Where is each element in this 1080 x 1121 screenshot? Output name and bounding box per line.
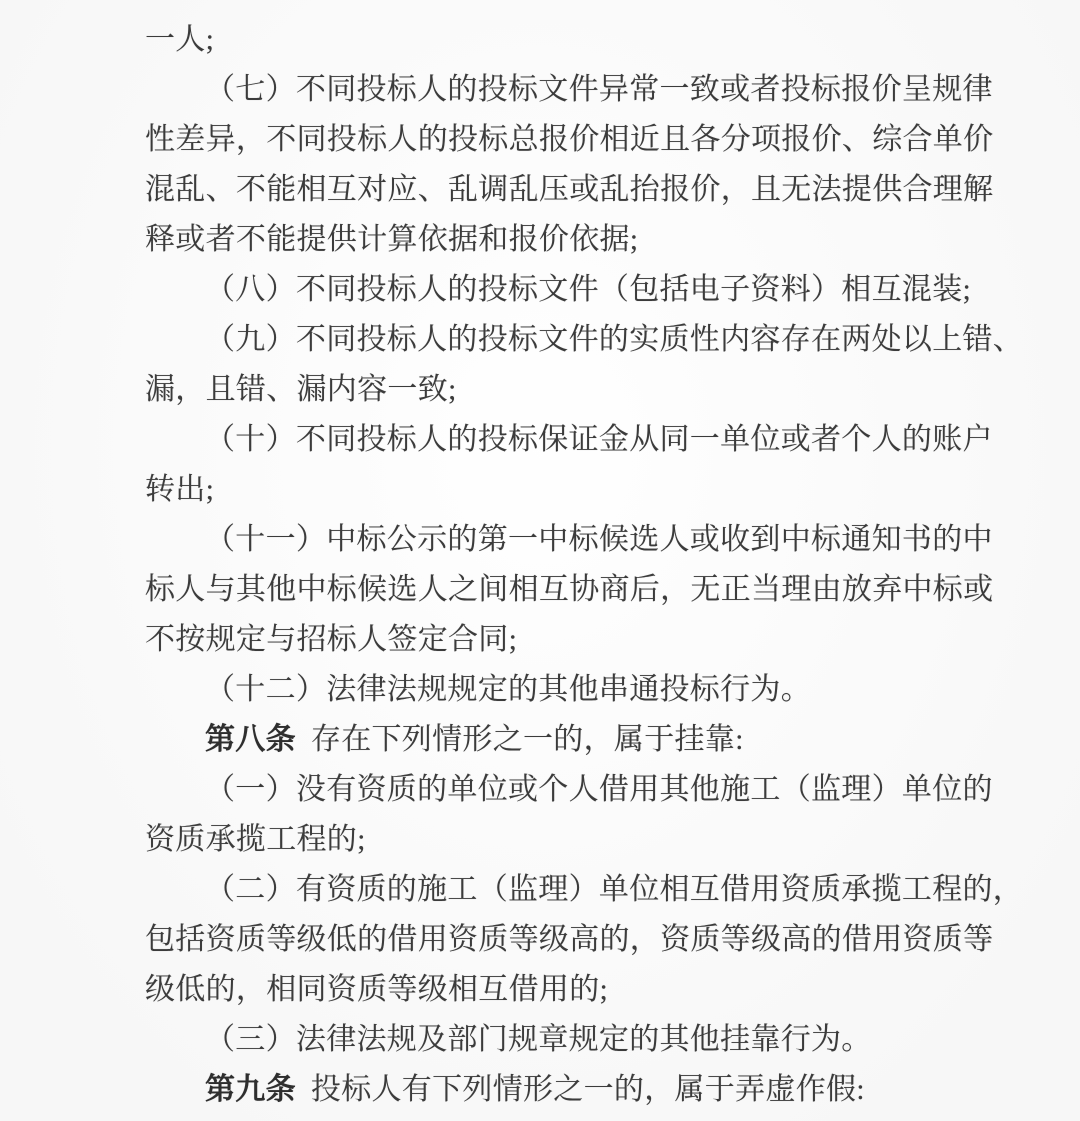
line-text: 转出; <box>145 473 214 506</box>
text-line-18: （二）有资质的施工（监理）单位相互借用资质承揽工程的， <box>145 865 980 915</box>
text-line-13: 不按规定与招标人签定合同; <box>145 615 980 665</box>
text-line-21: （三）法律法规及部门规章规定的其他挂靠行为。 <box>145 1015 980 1065</box>
text-line-9: （十）不同投标人的投标保证金从同一单位或者个人的账户 <box>145 415 980 465</box>
text-line-15: 第八条存在下列情形之一的，属于挂靠: <box>145 715 980 765</box>
line-text: （七）不同投标人的投标文件异常一致或者投标报价呈规律 <box>205 73 993 106</box>
text-line-7: （九）不同投标人的投标文件的实质性内容存在两处以上错、 <box>145 315 980 365</box>
text-line-3: 性差异，不同投标人的投标总报价相近且各分项报价、综合单价 <box>145 115 980 165</box>
article-number: 第八条 <box>205 723 296 756</box>
text-line-10: 转出; <box>145 465 980 515</box>
line-text: 投标人有下列情形之一的，属于弄虚作假: <box>311 1073 865 1106</box>
line-text: 资质承揽工程的; <box>145 823 366 856</box>
line-text: （三）法律法规及部门规章规定的其他挂靠行为。 <box>205 1023 872 1056</box>
text-line-20: 级低的，相同资质等级相互借用的; <box>145 965 980 1015</box>
text-line-22: 第九条投标人有下列情形之一的，属于弄虚作假: <box>145 1065 980 1115</box>
line-text: （一）没有资质的单位或个人借用其他施工（监理）单位的 <box>205 773 993 806</box>
text-line-17: 资质承揽工程的; <box>145 815 980 865</box>
line-text: 漏，且错、漏内容一致; <box>145 373 457 406</box>
line-text: 释或者不能提供计算依据和报价依据; <box>145 223 638 256</box>
text-line-12: 标人与其他中标候选人之间相互协商后，无正当理由放弃中标或 <box>145 565 980 615</box>
text-line-4: 混乱、不能相互对应、乱调乱压或乱抬报价，且无法提供合理解 <box>145 165 980 215</box>
text-line-5: 释或者不能提供计算依据和报价依据; <box>145 215 980 265</box>
line-text: （八）不同投标人的投标文件（包括电子资料）相互混装; <box>205 273 971 306</box>
line-text: 包括资质等级低的借用资质等级高的，资质等级高的借用资质等 <box>145 923 993 956</box>
text-line-11: （十一）中标公示的第一中标候选人或收到中标通知书的中 <box>145 515 980 565</box>
text-line-2: （七）不同投标人的投标文件异常一致或者投标报价呈规律 <box>145 65 980 115</box>
line-text: （九）不同投标人的投标文件的实质性内容存在两处以上错、 <box>205 323 1023 356</box>
article-number: 第九条 <box>205 1073 296 1106</box>
line-text: 存在下列情形之一的，属于挂靠: <box>311 723 744 756</box>
line-text: （二）有资质的施工（监理）单位相互借用资质承揽工程的， <box>205 873 1023 906</box>
line-text: 标人与其他中标候选人之间相互协商后，无正当理由放弃中标或 <box>145 573 993 606</box>
text-line-1: 一人; <box>145 15 980 65</box>
line-text: 混乱、不能相互对应、乱调乱压或乱抬报价，且无法提供合理解 <box>145 173 993 206</box>
line-text: （十二）法律法规规定的其他串通投标行为。 <box>205 673 811 706</box>
text-line-19: 包括资质等级低的借用资质等级高的，资质等级高的借用资质等 <box>145 915 980 965</box>
text-line-16: （一）没有资质的单位或个人借用其他施工（监理）单位的 <box>145 765 980 815</box>
line-text: （十一）中标公示的第一中标候选人或收到中标通知书的中 <box>205 523 993 556</box>
line-text: 一人; <box>145 23 214 56</box>
line-text: （十）不同投标人的投标保证金从同一单位或者个人的账户 <box>205 423 993 456</box>
line-text: 不按规定与招标人签定合同; <box>145 623 517 656</box>
text-line-6: （八）不同投标人的投标文件（包括电子资料）相互混装; <box>145 265 980 315</box>
text-line-14: （十二）法律法规规定的其他串通投标行为。 <box>145 665 980 715</box>
document-page: 一人;（七）不同投标人的投标文件异常一致或者投标报价呈规律性差异，不同投标人的投… <box>0 0 1080 1121</box>
line-text: 性差异，不同投标人的投标总报价相近且各分项报价、综合单价 <box>145 123 993 156</box>
text-line-8: 漏，且错、漏内容一致; <box>145 365 980 415</box>
line-text: 级低的，相同资质等级相互借用的; <box>145 973 608 1006</box>
